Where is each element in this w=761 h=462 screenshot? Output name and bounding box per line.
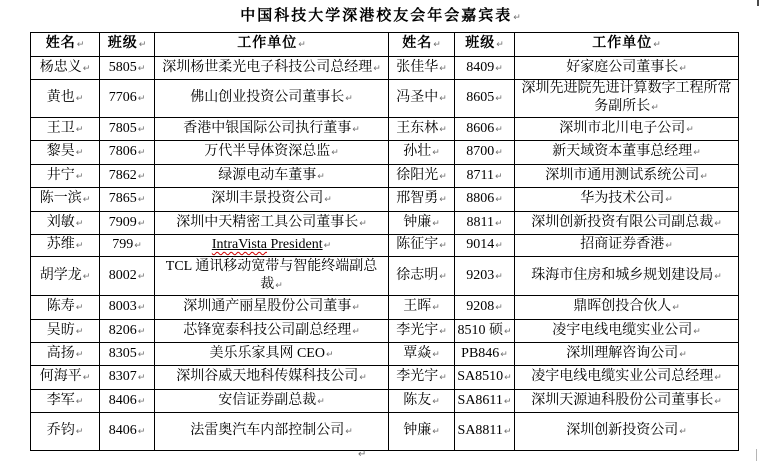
paragraph-mark-icon: ↵ [298, 40, 306, 50]
guest-work-unit[interactable]: 凌宇电线电缆实业公司↵ [515, 320, 739, 343]
guest-work-unit[interactable]: 安信证券副总裁↵ [155, 390, 389, 413]
column-header[interactable]: 班级↵ [455, 33, 515, 57]
paragraph-mark-icon: ↵ [324, 241, 332, 251]
paragraph-mark-icon: ↵ [665, 241, 673, 251]
column-header[interactable]: 班级↵ [100, 33, 155, 57]
guest-class[interactable]: SA8510↵ [455, 366, 515, 390]
table-row: 黎昊↵7806↵万代半导体资深总监↵孙壮↵8700↵新天域资本董事总经理↵ [31, 141, 739, 165]
caret-mark [756, 449, 757, 461]
guest-class[interactable]: 7805↵ [100, 118, 155, 141]
paragraph-mark-icon: ↵ [665, 195, 673, 205]
paragraph-mark-icon: ↵ [714, 397, 722, 407]
paragraph-mark-icon: ↵ [76, 327, 84, 337]
paragraph-mark-icon: ↵ [138, 397, 146, 407]
table-row: 刘敏↵7909↵深圳中天精密工具公司董事长↵钟廉↵8811↵深圳创新投资有限公司… [31, 212, 739, 235]
guest-work-unit[interactable]: 深圳中天精密工具公司董事长↵ [155, 212, 389, 235]
guest-work-unit[interactable]: 珠海市住房和城乡规划建设局↵ [515, 257, 739, 296]
guest-work-unit[interactable]: 深圳谷威天地科传媒科技公司↵ [155, 366, 389, 390]
guest-work-unit[interactable]: 香港中银国际公司执行董事↵ [155, 118, 389, 141]
guest-class[interactable]: 8206↵ [100, 320, 155, 343]
guest-class[interactable]: 8409↵ [455, 57, 515, 80]
table-row: 乔钧↵8406↵法雷奥汽车内部控制公司↵钟廉↵SA8811↵深圳创新投资公司↵ [31, 413, 739, 451]
paragraph-mark-icon: ↵ [495, 241, 503, 251]
header-row: 姓名↵班级↵工作单位↵姓名↵班级↵工作单位↵ [31, 33, 739, 57]
table-row: 井宁↵7862↵绿源电动车董事↵徐阳光↵8711↵深圳市通用测试系统公司↵ [31, 165, 739, 188]
guest-name[interactable]: 何海平↵ [31, 366, 100, 390]
paragraph-mark-icon: ↵ [439, 64, 447, 74]
paragraph-mark-icon: ↵ [138, 125, 146, 135]
paragraph-mark-icon: ↵ [679, 350, 687, 360]
guest-work-unit[interactable]: 招商证券香港↵ [515, 235, 739, 257]
document-page: 中国科技大学深港校友会年会嘉宾表↵ 姓名↵班级↵工作单位↵姓名↵班级↵工作单位↵… [0, 0, 761, 462]
paragraph-mark-icon: ↵ [495, 125, 503, 135]
guest-class[interactable]: 8605↵ [455, 80, 515, 118]
paragraph-mark-icon: ↵ [714, 219, 722, 229]
guest-class[interactable]: SA8811↵ [455, 413, 515, 451]
guest-class[interactable]: 8307↵ [100, 366, 155, 390]
paragraph-mark-icon: ↵ [317, 397, 325, 407]
paragraph-mark-icon: ↵ [513, 13, 521, 23]
guest-class[interactable]: 5805↵ [100, 57, 155, 80]
paragraph-mark-icon: ↵ [76, 148, 84, 158]
paragraph-mark-icon: ↵ [138, 373, 146, 383]
guest-class[interactable]: 8406↵ [100, 390, 155, 413]
guest-class[interactable]: 8305↵ [100, 343, 155, 366]
paragraph-mark-icon: ↵ [504, 373, 512, 383]
guest-work-unit[interactable]: 深圳市通用测试系统公司↵ [515, 165, 739, 188]
guest-class[interactable]: SA8611↵ [455, 390, 515, 413]
paragraph-mark-icon: ↵ [439, 125, 447, 135]
paragraph-mark-icon: ↵ [495, 64, 503, 74]
page-artifact [757, 0, 759, 6]
paragraph-mark-icon: ↵ [83, 373, 91, 383]
paragraph-mark-icon: ↵ [345, 94, 353, 104]
guest-class[interactable]: 799↵ [100, 235, 155, 257]
guest-name[interactable]: 王卫↵ [31, 118, 100, 141]
paragraph-mark-icon: ↵ [76, 172, 84, 182]
guest-table: 姓名↵班级↵工作单位↵姓名↵班级↵工作单位↵ 杨忠义↵5805↵深圳杨世柔光电子… [30, 32, 739, 451]
guest-name[interactable]: 徐阳光↵ [389, 165, 455, 188]
paragraph-mark-icon: ↵ [138, 303, 146, 313]
guest-work-unit[interactable]: 凌宇电线电缆实业公司总经理↵ [515, 366, 739, 390]
guest-class[interactable]: 9208↵ [455, 296, 515, 320]
guest-name[interactable]: 胡学龙↵ [31, 257, 100, 296]
guest-work-unit[interactable]: 华为技术公司↵ [515, 188, 739, 212]
paragraph-mark-icon: ↵ [373, 64, 381, 74]
guest-class[interactable]: 8700↵ [455, 141, 515, 165]
paragraph-mark-icon: ↵ [352, 125, 360, 135]
guest-work-unit[interactable]: 深圳理解咨询公司↵ [515, 343, 739, 366]
paragraph-mark-icon: ↵ [495, 172, 503, 182]
guest-class[interactable]: 7806↵ [100, 141, 155, 165]
paragraph-mark-icon: ↵ [138, 272, 146, 282]
paragraph-mark-icon: ↵ [345, 427, 353, 437]
paragraph-mark-icon: ↵ [686, 125, 694, 135]
guest-class[interactable]: 9014↵ [455, 235, 515, 257]
guest-work-unit[interactable]: 万代半导体资深总监↵ [155, 141, 389, 165]
paragraph-mark-icon: ↵ [500, 350, 508, 360]
guest-work-unit[interactable]: 鼎晖创投合伙人↵ [515, 296, 739, 320]
guest-class[interactable]: 8406↵ [100, 413, 155, 451]
guest-name[interactable]: 刘敏↵ [31, 212, 100, 235]
paragraph-mark-icon: ↵ [439, 241, 447, 251]
paragraph-mark-icon: ↵ [672, 303, 680, 313]
paragraph-mark-icon: ↵ [651, 103, 659, 113]
paragraph-mark-icon: ↵ [139, 40, 147, 50]
paragraph-mark-icon: ↵ [358, 449, 366, 460]
guest-class[interactable]: 8002↵ [100, 257, 155, 296]
paragraph-mark-icon: ↵ [76, 94, 84, 104]
paragraph-mark-icon: ↵ [432, 148, 440, 158]
guest-work-unit[interactable]: 好家庭公司董事长↵ [515, 57, 739, 80]
guest-name[interactable]: 吴昉↵ [31, 320, 100, 343]
guest-class[interactable]: 8003↵ [100, 296, 155, 320]
guest-class[interactable]: 7706↵ [100, 80, 155, 118]
column-header[interactable]: 工作单位↵ [155, 33, 389, 57]
paragraph-mark-icon: ↵ [359, 373, 367, 383]
guest-name[interactable]: 冯圣中↵ [389, 80, 455, 118]
paragraph-mark-icon: ↵ [138, 94, 146, 104]
guest-name[interactable]: 黄也↵ [31, 80, 100, 118]
guest-class[interactable]: 8510 硕↵ [455, 320, 515, 343]
table-row: 胡学龙↵8002↵TCL 通讯移动宽带与智能终端副总裁↵徐志明↵9203↵珠海市… [31, 257, 739, 296]
document-title: 中国科技大学深港校友会年会嘉宾表↵ [0, 7, 761, 27]
guest-class[interactable]: 8806↵ [455, 188, 515, 212]
paragraph-mark-icon: ↵ [76, 427, 84, 437]
paragraph-mark-icon: ↵ [714, 272, 722, 282]
table-row: 陈寿↵8003↵深圳通产丽星股份公司董事↵王晖↵9208↵鼎晖创投合伙人↵ [31, 296, 739, 320]
paragraph-mark-icon: ↵ [439, 94, 447, 104]
paragraph-mark-icon: ↵ [138, 64, 146, 74]
paragraph-mark-icon: ↵ [138, 219, 146, 229]
guest-name[interactable]: 苏维↵ [31, 235, 100, 257]
paragraph-mark-icon: ↵ [504, 327, 512, 337]
paragraph-mark-icon: ↵ [134, 241, 142, 251]
guest-work-unit[interactable]: 深圳丰景投资公司↵ [155, 188, 389, 212]
guest-name[interactable]: 井宁↵ [31, 165, 100, 188]
paragraph-mark-icon: ↵ [495, 219, 503, 229]
paragraph-mark-icon: ↵ [352, 327, 360, 337]
paragraph-mark-icon: ↵ [324, 195, 332, 205]
paragraph-mark-icon: ↵ [138, 327, 146, 337]
paragraph-mark-icon: ↵ [352, 303, 360, 313]
paragraph-mark-icon: ↵ [432, 397, 440, 407]
paragraph-mark-icon: ↵ [495, 94, 503, 104]
guest-work-unit[interactable]: 深圳通产丽星股份公司董事↵ [155, 296, 389, 320]
paragraph-mark-icon: ↵ [76, 241, 84, 251]
paragraph-mark-icon: ↵ [331, 148, 339, 158]
guest-class[interactable]: 8711↵ [455, 165, 515, 188]
guest-work-unit[interactable]: 深圳先进院先进计算数字工程所常务副所长↵ [515, 80, 739, 118]
guest-work-unit[interactable]: 深圳天源迪科股份公司董事长↵ [515, 390, 739, 413]
guest-work-unit[interactable]: 深圳市北川电子公司↵ [515, 118, 739, 141]
paragraph-mark-icon: ↵ [432, 303, 440, 313]
guest-name[interactable]: 陈征宇↵ [389, 235, 455, 257]
guest-name[interactable]: 陈友↵ [389, 390, 455, 413]
paragraph-mark-icon: ↵ [700, 172, 708, 182]
paragraph-mark-icon: ↵ [432, 219, 440, 229]
paragraph-mark-icon: ↵ [693, 148, 701, 158]
paragraph-mark-icon: ↵ [433, 40, 441, 50]
guest-name[interactable]: 钟廉↵ [389, 212, 455, 235]
guest-name[interactable]: 黎昊↵ [31, 141, 100, 165]
paragraph-mark-icon: ↵ [77, 40, 85, 50]
paragraph-mark-icon: ↵ [138, 148, 146, 158]
title-text: 中国科技大学深港校友会年会嘉宾表 [240, 8, 512, 24]
guest-name[interactable]: 钟廉↵ [389, 413, 455, 451]
paragraph-mark-icon: ↵ [439, 272, 447, 282]
paragraph-mark-icon: ↵ [495, 148, 503, 158]
table-row: 陈一滨↵7865↵深圳丰景投资公司↵邢智勇↵8806↵华为技术公司↵ [31, 188, 739, 212]
paragraph-mark-icon: ↵ [76, 350, 84, 360]
guest-work-unit[interactable]: TCL 通讯移动宽带与智能终端副总裁↵ [155, 257, 389, 296]
paragraph-mark-icon: ↵ [83, 195, 91, 205]
guest-name[interactable]: 李光宇↵ [389, 366, 455, 390]
guest-work-unit[interactable]: 新天域资本董事总经理↵ [515, 141, 739, 165]
guest-table-body: 杨忠义↵5805↵深圳杨世柔光电子科技公司总经理↵张佳华↵8409↵好家庭公司董… [31, 57, 739, 451]
guest-name[interactable]: 陈一滨↵ [31, 188, 100, 212]
paragraph-mark-icon: ↵ [83, 64, 91, 74]
table-row: 高扬↵8305↵美乐乐家具网 CEO↵覃焱↵PB846↵深圳理解咨询公司↵ [31, 343, 739, 366]
paragraph-mark-icon: ↵ [439, 327, 447, 337]
paragraph-mark-icon: ↵ [76, 219, 84, 229]
guest-work-unit[interactable]: 深圳杨世柔光电子科技公司总经理↵ [155, 57, 389, 80]
guest-name[interactable]: 邢智勇↵ [389, 188, 455, 212]
guest-name[interactable]: 王东林↵ [389, 118, 455, 141]
paragraph-mark-icon: ↵ [714, 373, 722, 383]
paragraph-mark-icon: ↵ [496, 40, 504, 50]
guest-name[interactable]: 徐志明↵ [389, 257, 455, 296]
paragraph-mark-icon: ↵ [275, 281, 283, 291]
misspelled-word: IntraVista [212, 237, 267, 252]
paragraph-mark-icon: ↵ [359, 219, 367, 229]
paragraph-mark-icon: ↵ [495, 303, 503, 313]
guest-name[interactable]: 王晖↵ [389, 296, 455, 320]
guest-name[interactable]: 李光宇↵ [389, 320, 455, 343]
guest-class[interactable]: 9203↵ [455, 257, 515, 296]
paragraph-mark-icon: ↵ [317, 172, 325, 182]
table-row: 黄也↵7706↵佛山创业投资公司董事长↵冯圣中↵8605↵深圳先进院先进计算数字… [31, 80, 739, 118]
guest-class[interactable]: 7865↵ [100, 188, 155, 212]
paragraph-mark-icon: ↵ [76, 397, 84, 407]
column-header[interactable]: 姓名↵ [389, 33, 455, 57]
guest-name[interactable]: 李军↵ [31, 390, 100, 413]
paragraph-mark-icon: ↵ [432, 350, 440, 360]
table-row: 何海平↵8307↵深圳谷威天地科传媒科技公司↵李光宇↵SA8510↵凌宇电线电缆… [31, 366, 739, 390]
paragraph-mark-icon: ↵ [679, 427, 687, 437]
guest-class[interactable]: PB846↵ [455, 343, 515, 366]
table-row: 李军↵8406↵安信证券副总裁↵陈友↵SA8611↵深圳天源迪科股份公司董事长↵ [31, 390, 739, 413]
paragraph-mark-icon: ↵ [439, 195, 447, 205]
guest-class[interactable]: 8811↵ [455, 212, 515, 235]
paragraph-mark-icon: ↵ [439, 172, 447, 182]
guest-work-unit[interactable]: 绿源电动车董事↵ [155, 165, 389, 188]
guest-work-unit[interactable]: 法雷奥汽车内部控制公司↵ [155, 413, 389, 451]
column-header[interactable]: 姓名↵ [31, 33, 100, 57]
paragraph-mark-icon: ↵ [76, 303, 84, 313]
guest-class[interactable]: 8606↵ [455, 118, 515, 141]
table-row: 吴昉↵8206↵芯锋宽泰科技公司副总经理↵李光宇↵8510 硕↵凌宇电线电缆实业… [31, 320, 739, 343]
table-row: 王卫↵7805↵香港中银国际公司执行董事↵王东林↵8606↵深圳市北川电子公司↵ [31, 118, 739, 141]
paragraph-mark-icon: ↵ [138, 172, 146, 182]
paragraph-mark-icon: ↵ [504, 427, 512, 437]
paragraph-mark-icon: ↵ [653, 40, 661, 50]
paragraph-mark-icon: ↵ [504, 397, 512, 407]
guest-name[interactable]: 陈寿↵ [31, 296, 100, 320]
paragraph-mark-icon: ↵ [495, 272, 503, 282]
paragraph-mark-icon: ↵ [138, 350, 146, 360]
column-header[interactable]: 工作单位↵ [515, 33, 739, 57]
guest-name[interactable]: 孙壮↵ [389, 141, 455, 165]
guest-work-unit[interactable]: 深圳创新投资公司↵ [515, 413, 739, 451]
paragraph-mark-icon: ↵ [326, 350, 334, 360]
paragraph-mark-icon: ↵ [495, 195, 503, 205]
guest-name[interactable]: 乔钧↵ [31, 413, 100, 451]
table-row: 苏维↵799↵IntraVista President↵陈征宇↵9014↵招商证… [31, 235, 739, 257]
paragraph-mark-icon: ↵ [76, 125, 84, 135]
guest-name[interactable]: 张佳华↵ [389, 57, 455, 80]
paragraph-mark-icon: ↵ [432, 427, 440, 437]
guest-work-unit[interactable]: 芯锋宽泰科技公司副总经理↵ [155, 320, 389, 343]
guest-name[interactable]: 杨忠义↵ [31, 57, 100, 80]
guest-work-unit[interactable]: 深圳创新投资有限公司副总裁↵ [515, 212, 739, 235]
guest-class[interactable]: 7862↵ [100, 165, 155, 188]
guest-work-unit[interactable]: IntraVista President↵ [155, 235, 389, 257]
guest-work-unit[interactable]: 佛山创业投资公司董事长↵ [155, 80, 389, 118]
table-row: 杨忠义↵5805↵深圳杨世柔光电子科技公司总经理↵张佳华↵8409↵好家庭公司董… [31, 57, 739, 80]
guest-name[interactable]: 高扬↵ [31, 343, 100, 366]
guest-name[interactable]: 覃焱↵ [389, 343, 455, 366]
paragraph-mark-icon: ↵ [83, 272, 91, 282]
paragraph-mark-icon: ↵ [138, 195, 146, 205]
guest-class[interactable]: 7909↵ [100, 212, 155, 235]
paragraph-mark-icon: ↵ [138, 427, 146, 437]
paragraph-mark-icon: ↵ [439, 373, 447, 383]
paragraph-mark-icon: ↵ [679, 64, 687, 74]
paragraph-mark-icon: ↵ [693, 327, 701, 337]
guest-work-unit[interactable]: 美乐乐家具网 CEO↵ [155, 343, 389, 366]
